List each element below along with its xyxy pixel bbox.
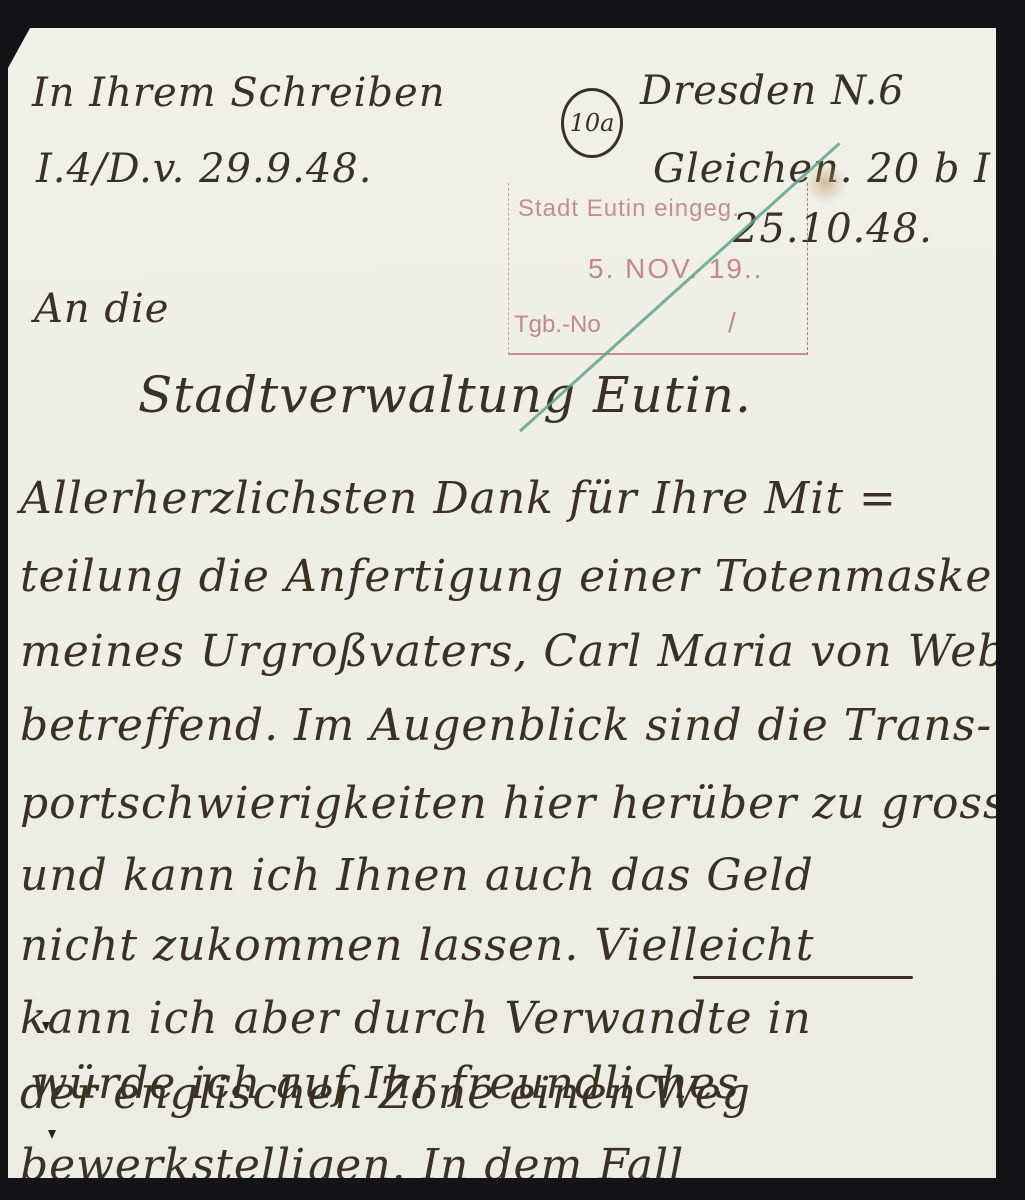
reference-line-2: I.4/D.v. 29.9.48. — [36, 146, 372, 192]
circled-page-number: 10a — [561, 88, 623, 158]
page-number: 10a — [570, 109, 615, 137]
reference-line-1: In Ihrem Schreiben — [32, 70, 445, 116]
body-line-6: und kann ich Ihnen auch das Geld — [20, 850, 814, 901]
body-line-8: kann ich aber durch Verwandte in — [20, 993, 812, 1044]
letter-paper: In Ihrem Schreiben I.4/D.v. 29.9.48. 10a… — [8, 28, 996, 1178]
stamp-date: 5. NOV. 19.. — [588, 253, 764, 285]
stamp-journal-value: / — [728, 307, 736, 339]
body-line-7: nicht zukommen lassen. Vielleicht — [20, 920, 814, 971]
margin-mark — [48, 1130, 56, 1139]
stamp-journal-label: Tgb.-No — [514, 311, 601, 339]
underline-vielleicht — [693, 976, 913, 979]
salutation: An die — [34, 286, 169, 332]
body-line-10: bewerkstelligen. In dem Fall — [20, 1140, 684, 1191]
stamp-office: Stadt Eutin eingeg. — [518, 195, 740, 223]
body-line-11: würde ich auf Ihr freundliches — [30, 1058, 740, 1109]
sender-city: Dresden N.6 — [640, 68, 905, 114]
body-line-3: meines Urgroßvaters, Carl Maria von Webe… — [20, 626, 1025, 677]
body-line-2: teilung die Anfertigung einer Totenmaske — [20, 551, 992, 602]
body-line-5: portschwierigkeiten hier herüber zu gros… — [20, 778, 1007, 829]
body-line-1: Allerherzlichsten Dank für Ihre Mit = — [20, 473, 897, 524]
margin-mark — [42, 1022, 50, 1031]
body-line-4: betreffend. Im Augenblick sind die Trans… — [20, 700, 992, 751]
recipient: Stadtverwaltung Eutin. — [138, 366, 752, 424]
